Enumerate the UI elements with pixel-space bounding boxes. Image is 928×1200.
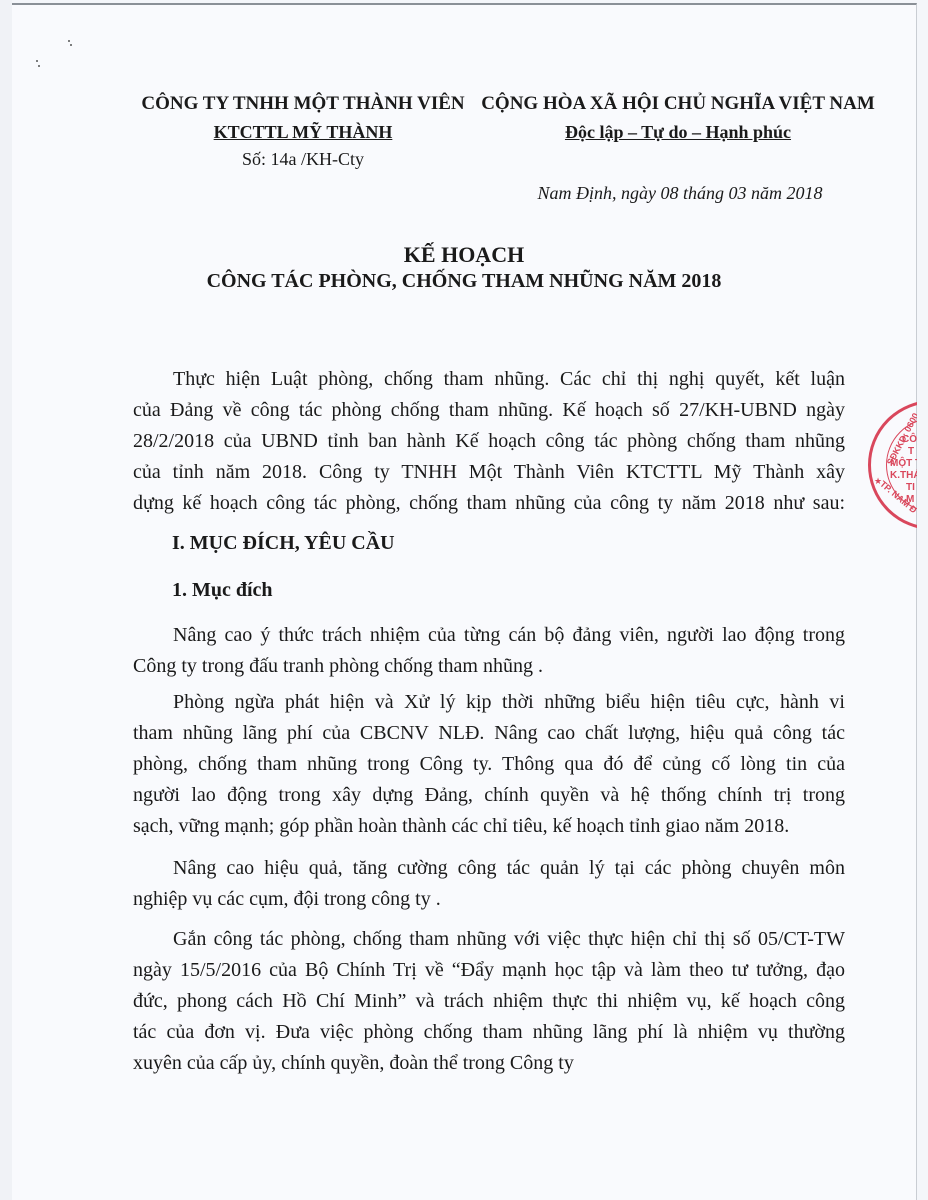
text-line: ngày 15/5/2016 của Bộ Chính Trị về “Đẩy … [133,955,845,986]
text-line: sạch, vững mạnh; góp phần hoàn thành các… [133,811,845,842]
purpose-paragraph-1: Nâng cao ý thức trách nhiệm của từng cán… [133,620,845,682]
issuing-organization: CÔNG TY TNHH MỘT THÀNH VIÊN KTCTTL MỸ TH… [118,89,488,173]
text-line: tham nhũng lãng phí của CBCNV NLĐ. Nâng … [133,718,845,749]
text-line: tác của đơn vị. Đưa việc phòng chống tha… [133,1017,845,1048]
text-line: nghiệp vụ các cụm, đội trong công ty . [133,884,845,915]
nation-title: CỘNG HÒA XÃ HỘI CHỦ NGHĨA VIỆT NAM [478,89,878,119]
text-line: Thực hiện Luật phòng, chống tham nhũng. … [133,364,845,395]
text-line: xuyên của cấp ủy, chính quyền, đoàn thể … [133,1048,845,1079]
intro-paragraph: Thực hiện Luật phòng, chống tham nhũng. … [133,364,845,519]
text-line: của tỉnh năm 2018. Công ty TNHH Một Thàn… [133,457,845,488]
national-header: CỘNG HÒA XÃ HỘI CHỦ NGHĨA VIỆT NAM Độc l… [478,89,878,145]
text-line: Công ty trong đấu tranh phòng chống tham… [133,651,845,682]
org-name-line1: CÔNG TY TNHH MỘT THÀNH VIÊN [118,89,488,119]
text-line: 28/2/2018 của UBND tỉnh ban hành Kế hoạc… [133,426,845,457]
purpose-paragraph-4: Gắn công tác phòng, chống tham nhũng với… [133,924,845,1079]
text-line: Nâng cao ý thức trách nhiệm của từng cán… [133,620,845,651]
text-line: Gắn công tác phòng, chống tham nhũng với… [133,924,845,955]
text-line: Phòng ngừa phát hiện và Xử lý kịp thời n… [133,687,845,718]
stamp-text: TI [906,482,915,493]
text-line: dựng kế hoạch công tác phòng, chống tham… [133,488,845,519]
document-subtitle: CÔNG TÁC PHÒNG, CHỐNG THAM NHŨNG NĂM 201… [0,270,928,293]
stamp-text: CÔ [902,434,917,445]
text-line: Nâng cao hiệu quả, tăng cường công tác q… [133,853,845,884]
place-and-date: Nam Định, ngày 08 tháng 03 năm 2018 [480,183,880,204]
stamp-star-icon: ★ [874,476,882,487]
company-stamp: SĐKKD: 0600 CÔ T MỘT T K.THÁ TI M TP. NA… [860,390,917,550]
text-line: người lao động trong xây dựng Đảng, chín… [133,780,845,811]
subsection-heading: 1. Mục đích [172,579,273,602]
purpose-paragraph-2: Phòng ngừa phát hiện và Xử lý kịp thời n… [133,687,845,842]
scan-specks [60,38,80,68]
purpose-paragraph-3: Nâng cao hiệu quả, tăng cường công tác q… [133,853,845,915]
document-number: Số: 14a /KH-Cty [118,145,488,173]
document-title: KẾ HOẠCH [0,242,928,268]
text-line: phòng, chống tham nhũng trong Công ty. T… [133,749,845,780]
scan-margin [0,0,12,1200]
nation-motto: Độc lập – Tự do – Hạnh phúc [478,119,878,145]
stamp-text: K.THÁ [890,470,917,481]
text-line: của Đảng về công tác phòng chống tham nh… [133,395,845,426]
stamp-text: MỘT T [890,458,917,469]
text-line: đức, phong cách Hồ Chí Minh” và trách nh… [133,986,845,1017]
org-name-line2: KTCTTL MỸ THÀNH [118,119,488,145]
section-heading: I. MỤC ĐÍCH, YÊU CẦU [172,532,395,555]
stamp-text: T [908,446,914,457]
